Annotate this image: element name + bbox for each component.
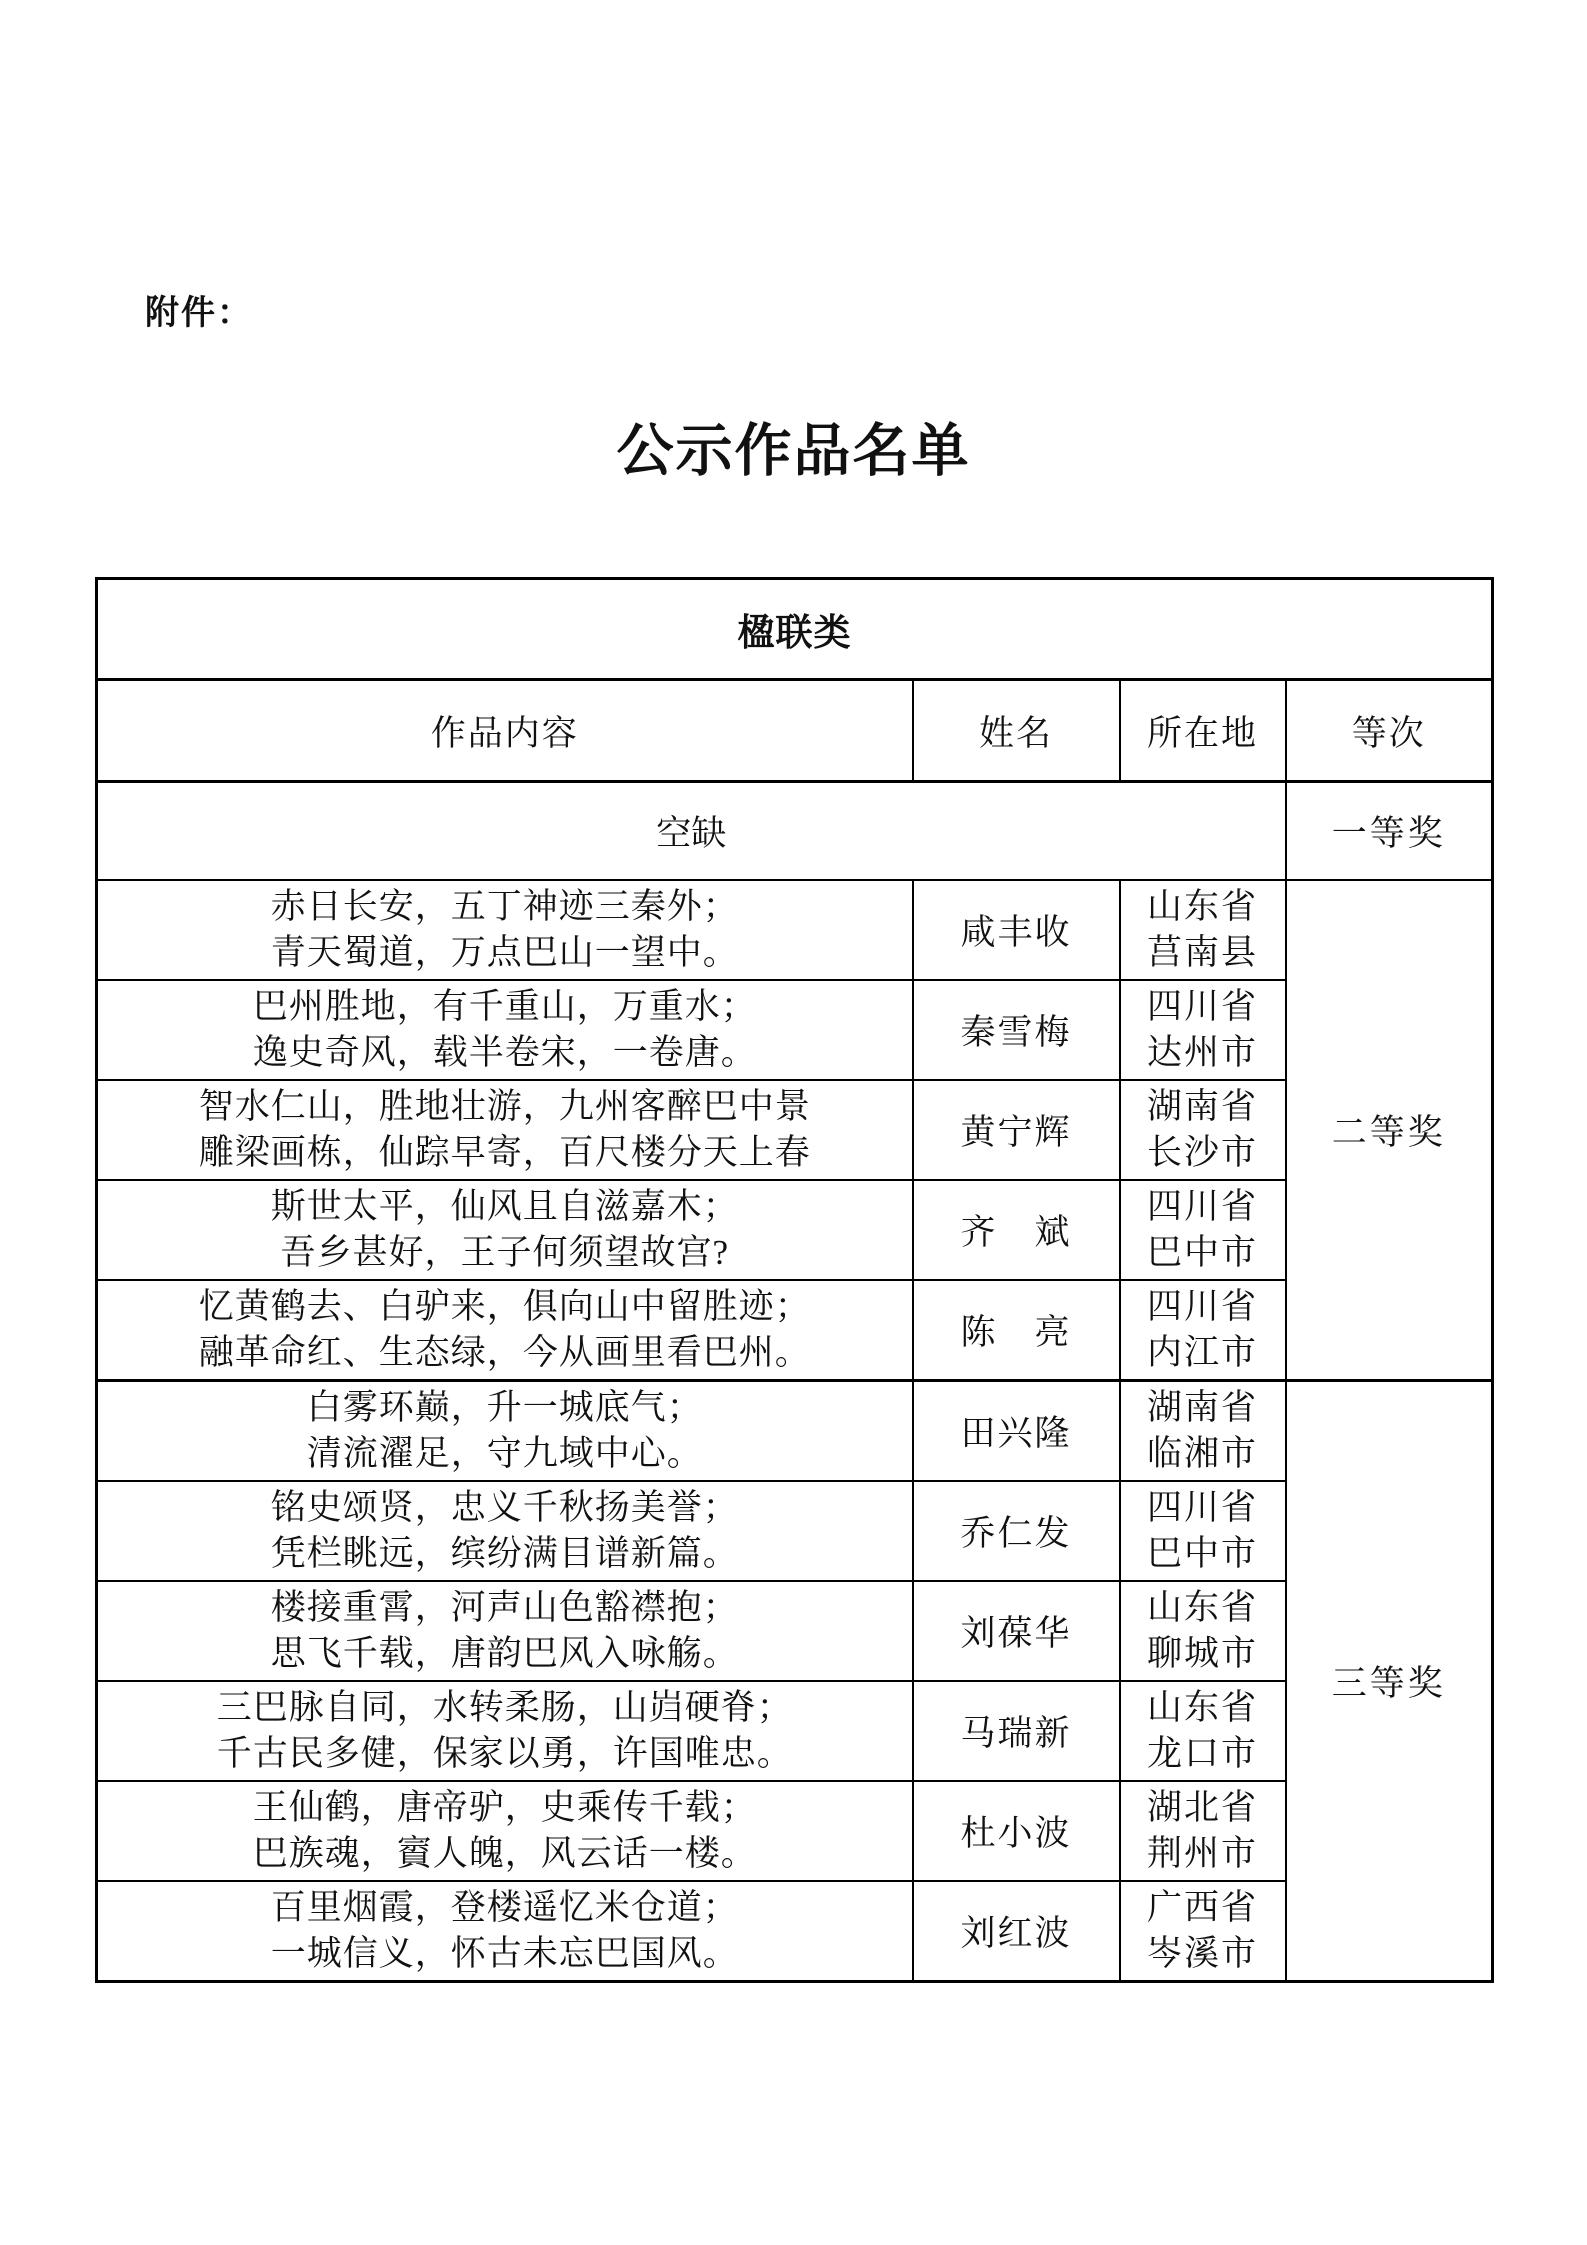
column-header-name: 姓名 [913, 680, 1120, 782]
couplet-cell: 白雾环巅，升一城底气； 清流濯足，守九域中心。 [97, 1381, 913, 1482]
location-line-1: 四川省 [1127, 1485, 1279, 1531]
location-line-2: 达州市 [1127, 1030, 1279, 1076]
location-line-1: 湖北省 [1127, 1785, 1279, 1831]
location-line-1: 四川省 [1127, 984, 1279, 1030]
location-line-2: 巴中市 [1127, 1230, 1279, 1276]
prize-cell-first: 一等奖 [1286, 782, 1493, 881]
table-row: 巴州胜地，有千重山，万重水； 逸史奇风，载半卷宋，一卷唐。 秦雪梅 四川省 达州… [97, 980, 1493, 1080]
couplet-line-2: 雕梁画栋，仙踪早寄，百尺楼分天上春 [104, 1130, 906, 1176]
location-cell: 湖北省 荆州市 [1120, 1781, 1286, 1881]
table-row: 王仙鹤，唐帝驴，史乘传千载； 巴族魂，賨人魄，风云话一楼。 杜小波 湖北省 荆州… [97, 1781, 1493, 1881]
couplet-line-2: 清流濯足，守九域中心。 [104, 1431, 906, 1477]
location-line-1: 山东省 [1127, 884, 1279, 930]
couplet-line-1: 智水仁山，胜地壮游，九州客醉巴中景 [104, 1084, 906, 1130]
name-cell: 咸丰收 [913, 880, 1120, 980]
table-row: 白雾环巅，升一城底气； 清流濯足，守九域中心。 田兴隆 湖南省 临湘市 三等奖 [97, 1381, 1493, 1482]
name-cell: 乔仁发 [913, 1481, 1120, 1581]
couplet-cell: 忆黄鹤去、白驴来，俱向山中留胜迹； 融革命红、生态绿，今从画里看巴州。 [97, 1280, 913, 1381]
table-row: 三巴脉自同，水转柔肠，山岿硬脊； 千古民多健，保家以勇，许国唯忠。 马瑞新 山东… [97, 1681, 1493, 1781]
category-header-row: 楹联类 [97, 579, 1493, 680]
name-cell: 陈 亮 [913, 1280, 1120, 1381]
couplet-line-1: 斯世太平，仙风且自滋嘉木； [104, 1184, 906, 1230]
couplet-cell: 楼接重霄，河声山色豁襟抱； 思飞千载，唐韵巴风入咏觞。 [97, 1581, 913, 1681]
prize-cell-third: 三等奖 [1286, 1381, 1493, 1982]
name-cell: 齐 斌 [913, 1180, 1120, 1280]
location-line-1: 四川省 [1127, 1184, 1279, 1230]
name-cell: 杜小波 [913, 1781, 1120, 1881]
award-table-container: 楹联类 作品内容 姓名 所在地 等次 空缺 一等奖 赤日长安，五丁神迹三秦外； … [95, 577, 1491, 1983]
table-row: 忆黄鹤去、白驴来，俱向山中留胜迹； 融革命红、生态绿，今从画里看巴州。 陈 亮 … [97, 1280, 1493, 1381]
couplet-line-2: 思飞千载，唐韵巴风入咏觞。 [104, 1631, 906, 1677]
couplet-line-1: 赤日长安，五丁神迹三秦外； [104, 884, 906, 930]
location-line-2: 临湘市 [1127, 1431, 1279, 1477]
vacant-cell: 空缺 [97, 782, 1286, 881]
name-cell: 马瑞新 [913, 1681, 1120, 1781]
table-row: 智水仁山，胜地壮游，九州客醉巴中景 雕梁画栋，仙踪早寄，百尺楼分天上春 黄宁辉 … [97, 1080, 1493, 1180]
column-header-row: 作品内容 姓名 所在地 等次 [97, 680, 1493, 782]
location-line-1: 广西省 [1127, 1885, 1279, 1931]
column-header-location: 所在地 [1120, 680, 1286, 782]
couplet-cell: 铭史颂贤，忠义千秋扬美誉； 凭栏眺远，缤纷满目谱新篇。 [97, 1481, 913, 1581]
couplet-line-2: 巴族魂，賨人魄，风云话一楼。 [104, 1831, 906, 1877]
attachment-label: 附件： [145, 285, 253, 334]
column-header-prize: 等次 [1286, 680, 1493, 782]
couplet-line-1: 王仙鹤，唐帝驴，史乘传千载； [104, 1785, 906, 1831]
location-cell: 山东省 莒南县 [1120, 880, 1286, 980]
table-row-vacant: 空缺 一等奖 [97, 782, 1493, 881]
location-cell: 山东省 聊城市 [1120, 1581, 1286, 1681]
location-line-2: 荆州市 [1127, 1831, 1279, 1877]
location-line-2: 莒南县 [1127, 930, 1279, 976]
location-line-2: 聊城市 [1127, 1631, 1279, 1677]
table-row: 斯世太平，仙风且自滋嘉木； 吾乡甚好，王子何须望故宫? 齐 斌 四川省 巴中市 [97, 1180, 1493, 1280]
couplet-cell: 百里烟霞，登楼遥忆米仓道； 一城信义，怀古未忘巴国风。 [97, 1881, 913, 1982]
name-cell: 秦雪梅 [913, 980, 1120, 1080]
couplet-line-1: 忆黄鹤去、白驴来，俱向山中留胜迹； [104, 1284, 906, 1330]
location-cell: 山东省 龙口市 [1120, 1681, 1286, 1781]
category-header: 楹联类 [97, 579, 1493, 680]
location-line-1: 四川省 [1127, 1284, 1279, 1330]
couplet-line-2: 逸史奇风，载半卷宋，一卷唐。 [104, 1030, 906, 1076]
location-cell: 四川省 巴中市 [1120, 1180, 1286, 1280]
location-line-1: 山东省 [1127, 1585, 1279, 1631]
couplet-line-2: 千古民多健，保家以勇，许国唯忠。 [104, 1731, 906, 1777]
couplet-cell: 巴州胜地，有千重山，万重水； 逸史奇风，载半卷宋，一卷唐。 [97, 980, 913, 1080]
couplet-line-2: 凭栏眺远，缤纷满目谱新篇。 [104, 1531, 906, 1577]
couplet-line-2: 吾乡甚好，王子何须望故宫? [104, 1230, 906, 1276]
couplet-cell: 斯世太平，仙风且自滋嘉木； 吾乡甚好，王子何须望故宫? [97, 1180, 913, 1280]
table-row: 赤日长安，五丁神迹三秦外； 青天蜀道，万点巴山一望中。 咸丰收 山东省 莒南县 … [97, 880, 1493, 980]
table-row: 楼接重霄，河声山色豁襟抱； 思飞千载，唐韵巴风入咏觞。 刘葆华 山东省 聊城市 [97, 1581, 1493, 1681]
couplet-cell: 智水仁山，胜地壮游，九州客醉巴中景 雕梁画栋，仙踪早寄，百尺楼分天上春 [97, 1080, 913, 1180]
couplet-line-2: 青天蜀道，万点巴山一望中。 [104, 930, 906, 976]
table-row: 百里烟霞，登楼遥忆米仓道； 一城信义，怀古未忘巴国风。 刘红波 广西省 岑溪市 [97, 1881, 1493, 1982]
couplet-cell: 赤日长安，五丁神迹三秦外； 青天蜀道，万点巴山一望中。 [97, 880, 913, 980]
couplet-cell: 王仙鹤，唐帝驴，史乘传千载； 巴族魂，賨人魄，风云话一楼。 [97, 1781, 913, 1881]
location-cell: 湖南省 长沙市 [1120, 1080, 1286, 1180]
location-line-1: 湖南省 [1127, 1385, 1279, 1431]
column-header-content: 作品内容 [97, 680, 913, 782]
couplet-line-1: 楼接重霄，河声山色豁襟抱； [104, 1585, 906, 1631]
prize-cell-second: 二等奖 [1286, 880, 1493, 1381]
location-cell: 广西省 岑溪市 [1120, 1881, 1286, 1982]
table-row: 铭史颂贤，忠义千秋扬美誉； 凭栏眺远，缤纷满目谱新篇。 乔仁发 四川省 巴中市 [97, 1481, 1493, 1581]
couplet-line-1: 铭史颂贤，忠义千秋扬美誉； [104, 1485, 906, 1531]
location-line-2: 巴中市 [1127, 1531, 1279, 1577]
name-cell: 黄宁辉 [913, 1080, 1120, 1180]
location-line-2: 长沙市 [1127, 1130, 1279, 1176]
location-line-1: 湖南省 [1127, 1084, 1279, 1130]
name-cell: 刘红波 [913, 1881, 1120, 1982]
couplet-line-1: 百里烟霞，登楼遥忆米仓道； [104, 1885, 906, 1931]
location-cell: 湖南省 临湘市 [1120, 1381, 1286, 1482]
location-cell: 四川省 达州市 [1120, 980, 1286, 1080]
name-cell: 田兴隆 [913, 1381, 1120, 1482]
couplet-line-1: 白雾环巅，升一城底气； [104, 1385, 906, 1431]
couplet-line-2: 融革命红、生态绿，今从画里看巴州。 [104, 1330, 906, 1376]
couplet-line-2: 一城信义，怀古未忘巴国风。 [104, 1931, 906, 1977]
couplet-line-1: 三巴脉自同，水转柔肠，山岿硬脊； [104, 1685, 906, 1731]
location-line-2: 内江市 [1127, 1330, 1279, 1376]
location-line-2: 龙口市 [1127, 1731, 1279, 1777]
location-cell: 四川省 内江市 [1120, 1280, 1286, 1381]
award-table: 楹联类 作品内容 姓名 所在地 等次 空缺 一等奖 赤日长安，五丁神迹三秦外； … [95, 577, 1494, 1983]
couplet-line-1: 巴州胜地，有千重山，万重水； [104, 984, 906, 1030]
page-title: 公示作品名单 [0, 405, 1587, 487]
location-line-2: 岑溪市 [1127, 1931, 1279, 1977]
location-line-1: 山东省 [1127, 1685, 1279, 1731]
couplet-cell: 三巴脉自同，水转柔肠，山岿硬脊； 千古民多健，保家以勇，许国唯忠。 [97, 1681, 913, 1781]
name-cell: 刘葆华 [913, 1581, 1120, 1681]
location-cell: 四川省 巴中市 [1120, 1481, 1286, 1581]
